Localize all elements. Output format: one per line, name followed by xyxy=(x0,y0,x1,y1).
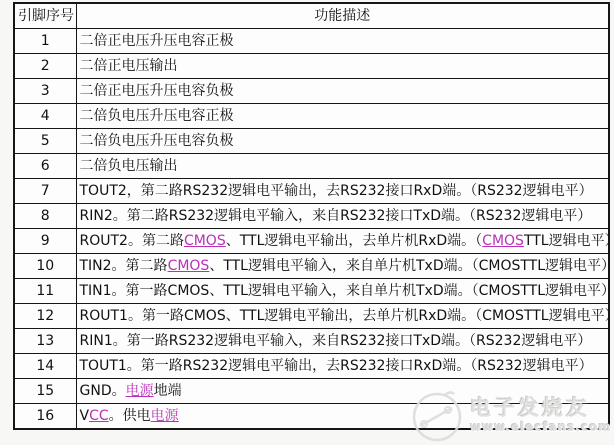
table-row: 5 二倍负电压升压电容负极 xyxy=(14,129,609,154)
pin-number-cell: 13 xyxy=(14,329,76,354)
inline-link[interactable]: CMOS xyxy=(168,258,210,274)
pin-function-table: 引脚序号 功能描述 1 二倍正电压升压电容正极 2 二倍正电压输出 3 二倍正电… xyxy=(13,2,610,430)
header-pin-number: 引脚序号 xyxy=(14,3,76,29)
pin-number-cell: 5 xyxy=(14,129,76,154)
table-row: 7 TOUT2，第二路RS232逻辑电平输出，去RS232接口RxD端。（RS2… xyxy=(14,179,609,204)
table-row: 3 二倍正电压升压电容负极 xyxy=(14,79,609,104)
table-row: 10 TIN2。第二路CMOS、TTL逻辑电平输入，来自单片机TxD端。（CMO… xyxy=(14,254,609,279)
inline-link[interactable]: CMOS xyxy=(482,233,524,249)
pin-description-cell: RIN1。第一路RS232逻辑电平输入，来自RS232接口TxD端。（RS232… xyxy=(76,329,609,354)
pin-number-cell: 14 xyxy=(14,354,76,379)
pin-number-cell: 6 xyxy=(14,154,76,179)
description-text: TTL逻辑电平） xyxy=(524,233,609,249)
pin-number-cell: 1 xyxy=(14,29,76,54)
pin-number-cell: 2 xyxy=(14,54,76,79)
pin-description-cell: TOUT2，第二路RS232逻辑电平输出，去RS232接口RxD端。（RS232… xyxy=(76,179,609,204)
description-text: RIN1。第一路RS232逻辑电平输入，来自RS232接口TxD端。（RS232… xyxy=(80,333,592,349)
table-row: 1 二倍正电压升压电容正极 xyxy=(14,29,609,54)
pin-description-cell: 二倍正电压升压电容负极 xyxy=(76,79,609,104)
pin-description-cell: 二倍正电压升压电容正极 xyxy=(76,29,609,54)
pin-number-cell: 3 xyxy=(14,79,76,104)
pin-description-cell: 二倍负电压升压电容负极 xyxy=(76,129,609,154)
description-text: V xyxy=(80,408,90,424)
description-text: TIN2。第二路 xyxy=(80,258,168,274)
description-text: 二倍负电压升压电容负极 xyxy=(80,133,234,149)
pin-description-cell: RIN2。第二路RS232逻辑电平输入，来自RS232接口TxD端。（RS232… xyxy=(76,204,609,229)
description-text: 。供电 xyxy=(109,408,151,424)
table-row: 15 GND。电源地端 xyxy=(14,379,609,404)
pin-description-cell: 二倍负电压输出 xyxy=(76,154,609,179)
description-text: 二倍负电压升压电容正极 xyxy=(80,108,234,124)
description-text: 、TTL逻辑电平输入，来自单片机TxD端。（CMOSTTL逻辑电平） xyxy=(209,258,609,274)
description-text: ROUT2。第二路 xyxy=(80,233,184,249)
pin-description-cell: GND。电源地端 xyxy=(76,379,609,404)
inline-link[interactable]: 电源 xyxy=(151,408,179,424)
description-text: ROUT1。第一路CMOS、TTL逻辑电平输出，去单片机RxD端。（CMOSTT… xyxy=(80,308,610,324)
pin-number-cell: 7 xyxy=(14,179,76,204)
pin-number-cell: 10 xyxy=(14,254,76,279)
description-text: 、TTL逻辑电平输出，去单片机RxD端。（ xyxy=(226,233,482,249)
table-row: 4 二倍负电压升压电容正极 xyxy=(14,104,609,129)
table-row: 14 TOUT1。第一路RS232逻辑电平输出，去RS232接口RxD端。（RS… xyxy=(14,354,609,379)
header-row: 引脚序号 功能描述 xyxy=(14,3,609,29)
pin-description-cell: 二倍正电压输出 xyxy=(76,54,609,79)
description-text: RIN2。第二路RS232逻辑电平输入，来自RS232接口TxD端。（RS232… xyxy=(80,208,592,224)
pin-number-cell: 11 xyxy=(14,279,76,304)
pin-number-cell: 16 xyxy=(14,404,76,430)
table-row: 13 RIN1。第一路RS232逻辑电平输入，来自RS232接口TxD端。（RS… xyxy=(14,329,609,354)
table-row: 12 ROUT1。第一路CMOS、TTL逻辑电平输出，去单片机RxD端。（CMO… xyxy=(14,304,609,329)
description-text: TIN1。第一路CMOS、TTL逻辑电平输入，来自单片机TxD端。（CMOSTT… xyxy=(80,283,610,299)
table-row: 16 VCC。供电电源 xyxy=(14,404,609,430)
table-row: 9 ROUT2。第二路CMOS、TTL逻辑电平输出，去单片机RxD端。（CMOS… xyxy=(14,229,609,254)
inline-link[interactable]: CC xyxy=(89,408,109,424)
pin-number-cell: 4 xyxy=(14,104,76,129)
table-row: 6 二倍负电压输出 xyxy=(14,154,609,179)
description-text: TOUT1。第一路RS232逻辑电平输出，去RS232接口RxD端。（RS232… xyxy=(80,358,593,374)
table-row: 8 RIN2。第二路RS232逻辑电平输入，来自RS232接口TxD端。（RS2… xyxy=(14,204,609,229)
pin-number-cell: 9 xyxy=(14,229,76,254)
description-text: GND。 xyxy=(80,383,126,399)
inline-link[interactable]: 电源 xyxy=(126,383,154,399)
table-row: 2 二倍正电压输出 xyxy=(14,54,609,79)
description-text: 二倍正电压升压电容正极 xyxy=(80,33,234,49)
description-text: 地端 xyxy=(154,383,182,399)
pin-description-cell: ROUT2。第二路CMOS、TTL逻辑电平输出，去单片机RxD端。（CMOSTT… xyxy=(76,229,609,254)
description-text: 二倍正电压升压电容负极 xyxy=(80,83,234,99)
pin-number-cell: 8 xyxy=(14,204,76,229)
description-text: 二倍正电压输出 xyxy=(80,58,178,74)
pin-description-cell: VCC。供电电源 xyxy=(76,404,609,430)
pin-description-cell: ROUT1。第一路CMOS、TTL逻辑电平输出，去单片机RxD端。（CMOSTT… xyxy=(76,304,609,329)
pin-table-body: 1 二倍正电压升压电容正极 2 二倍正电压输出 3 二倍正电压升压电容负极 4 … xyxy=(14,29,609,430)
pin-description-cell: TIN1。第一路CMOS、TTL逻辑电平输入，来自单片机TxD端。（CMOSTT… xyxy=(76,279,609,304)
header-function-description: 功能描述 xyxy=(76,3,609,29)
table-row: 11 TIN1。第一路CMOS、TTL逻辑电平输入，来自单片机TxD端。（CMO… xyxy=(14,279,609,304)
pin-description-cell: TOUT1。第一路RS232逻辑电平输出，去RS232接口RxD端。（RS232… xyxy=(76,354,609,379)
pin-number-cell: 12 xyxy=(14,304,76,329)
page: 引脚序号 功能描述 1 二倍正电压升压电容正极 2 二倍正电压输出 3 二倍正电… xyxy=(0,0,614,445)
inline-link[interactable]: CMOS xyxy=(184,233,226,249)
pin-description-cell: TIN2。第二路CMOS、TTL逻辑电平输入，来自单片机TxD端。（CMOSTT… xyxy=(76,254,609,279)
pin-description-cell: 二倍负电压升压电容正极 xyxy=(76,104,609,129)
description-text: 二倍负电压输出 xyxy=(80,158,178,174)
pin-number-cell: 15 xyxy=(14,379,76,404)
description-text: TOUT2，第二路RS232逻辑电平输出，去RS232接口RxD端。（RS232… xyxy=(80,183,593,199)
